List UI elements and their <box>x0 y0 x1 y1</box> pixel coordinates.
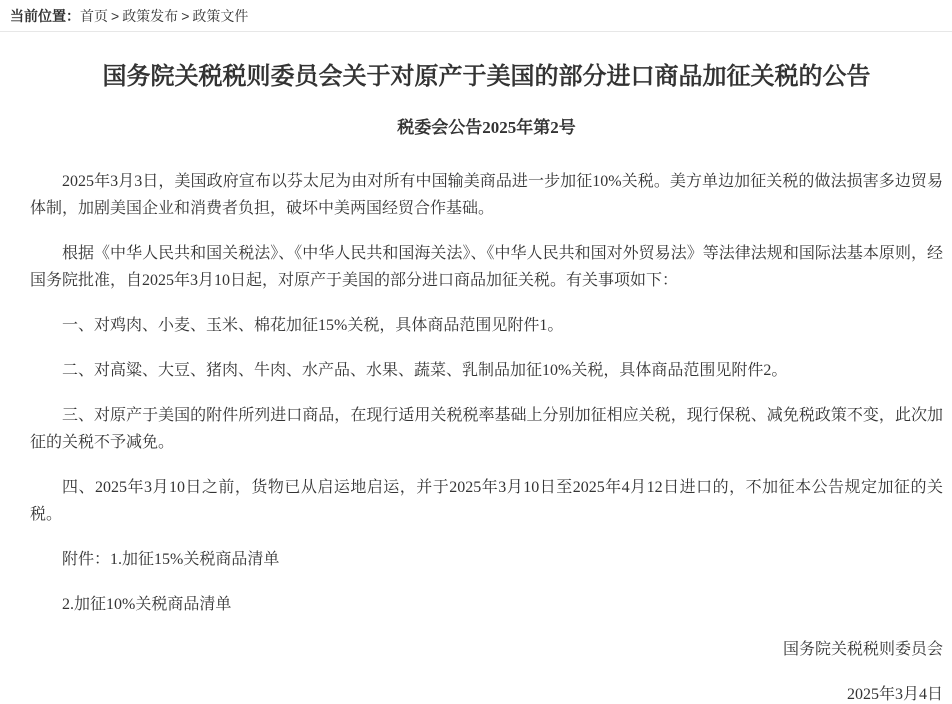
document-body: 2025年3月3日，美国政府宣布以芬太尼为由对所有中国输美商品进一步加征10%关… <box>30 168 943 704</box>
breadcrumb-link-policy-release[interactable]: 政策发布 <box>122 8 178 24</box>
document-area: 国务院关税税则委员会关于对原产于美国的部分进口商品加征关税的公告 税委会公告20… <box>0 60 952 704</box>
paragraph-item-2: 二、对高粱、大豆、猪肉、牛肉、水产品、水果、蔬菜、乳制品加征10%关税，具体商品… <box>30 357 943 384</box>
document-number: 税委会公告2025年第2号 <box>30 116 943 140</box>
paragraph-intro: 2025年3月3日，美国政府宣布以芬太尼为由对所有中国输美商品进一步加征10%关… <box>30 168 943 222</box>
breadcrumb-separator: > <box>111 8 119 24</box>
paragraph-item-3: 三、对原产于美国的附件所列进口商品，在现行适用关税税率基础上分别加征相应关税，现… <box>30 402 943 456</box>
paragraph-legal-basis: 根据《中华人民共和国关税法》、《中华人民共和国海关法》、《中华人民共和国对外贸易… <box>30 240 943 294</box>
document-date: 2025年3月4日 <box>30 681 943 704</box>
breadcrumb-link-home[interactable]: 首页 <box>80 8 108 24</box>
page-title: 国务院关税税则委员会关于对原产于美国的部分进口商品加征关税的公告 <box>30 60 943 94</box>
breadcrumb-separator: > <box>181 8 189 24</box>
breadcrumb: 当前位置：首页>政策发布>政策文件 <box>0 0 952 32</box>
paragraph-item-1: 一、对鸡肉、小麦、玉米、棉花加征15%关税，具体商品范围见附件1。 <box>30 312 943 339</box>
breadcrumb-link-policy-documents[interactable]: 政策文件 <box>192 8 248 24</box>
breadcrumb-label: 当前位置： <box>10 8 80 24</box>
signature: 国务院关税税则委员会 <box>30 636 943 663</box>
paragraph-item-4: 四、2025年3月10日之前，货物已从启运地启运，并于2025年3月10日至20… <box>30 474 943 528</box>
attachment-list-1: 附件：1.加征15%关税商品清单 <box>30 546 943 573</box>
attachment-list-2: 2.加征10%关税商品清单 <box>30 591 943 618</box>
